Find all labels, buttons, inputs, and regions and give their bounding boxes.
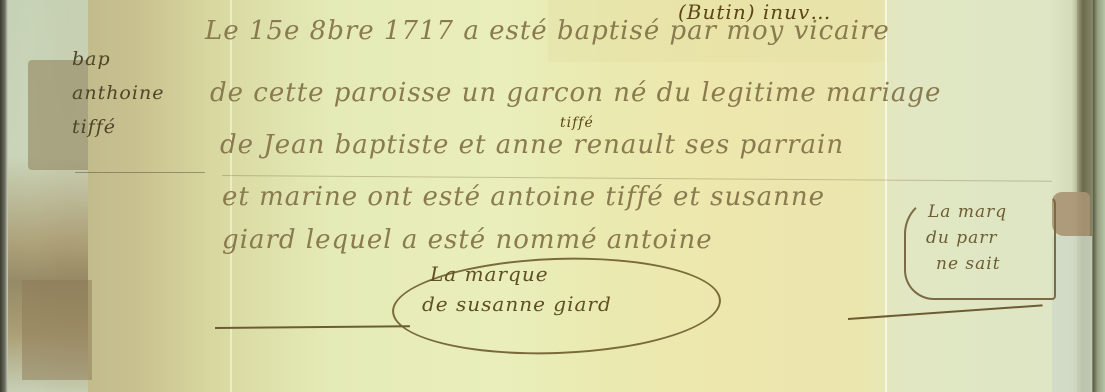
ink-flourish-line bbox=[215, 325, 410, 329]
frame-edge-left bbox=[0, 0, 8, 392]
margin-note: bap anthoine tiffé bbox=[72, 42, 164, 144]
right-box-line: ne sait bbox=[936, 254, 1001, 274]
paper-tab bbox=[1052, 192, 1090, 236]
right-box-line: du parr bbox=[926, 228, 998, 248]
body-line: Le 15e 8bre 1717 a esté baptisé par moy … bbox=[205, 16, 890, 46]
margin-note-line: anthoine bbox=[72, 76, 164, 110]
signature-mark-line: de susanne giard bbox=[422, 292, 612, 316]
paper-fold bbox=[885, 0, 887, 392]
document-photo: bap anthoine tiffé (Butin) inuv… Le 15e … bbox=[0, 0, 1105, 392]
interlinear-insertion: tiffé bbox=[560, 115, 594, 131]
body-line: giard lequel a esté nommé antoine bbox=[222, 225, 713, 255]
body-line: de Jean baptiste et anne renault ses par… bbox=[220, 130, 844, 160]
margin-note-line: bap bbox=[72, 42, 164, 76]
margin-note-line: tiffé bbox=[72, 110, 164, 144]
paper-stain bbox=[22, 280, 92, 380]
paper-patch bbox=[1052, 236, 1092, 392]
body-line: et marine ont esté antoine tiffé et susa… bbox=[222, 182, 825, 212]
body-line: de cette paroisse un garcon né du legiti… bbox=[210, 78, 941, 108]
frame-edge-right bbox=[1093, 0, 1105, 392]
ruled-line bbox=[75, 172, 205, 173]
right-box-line: La marq bbox=[928, 202, 1007, 222]
signature-mark-line: La marque bbox=[430, 262, 549, 286]
